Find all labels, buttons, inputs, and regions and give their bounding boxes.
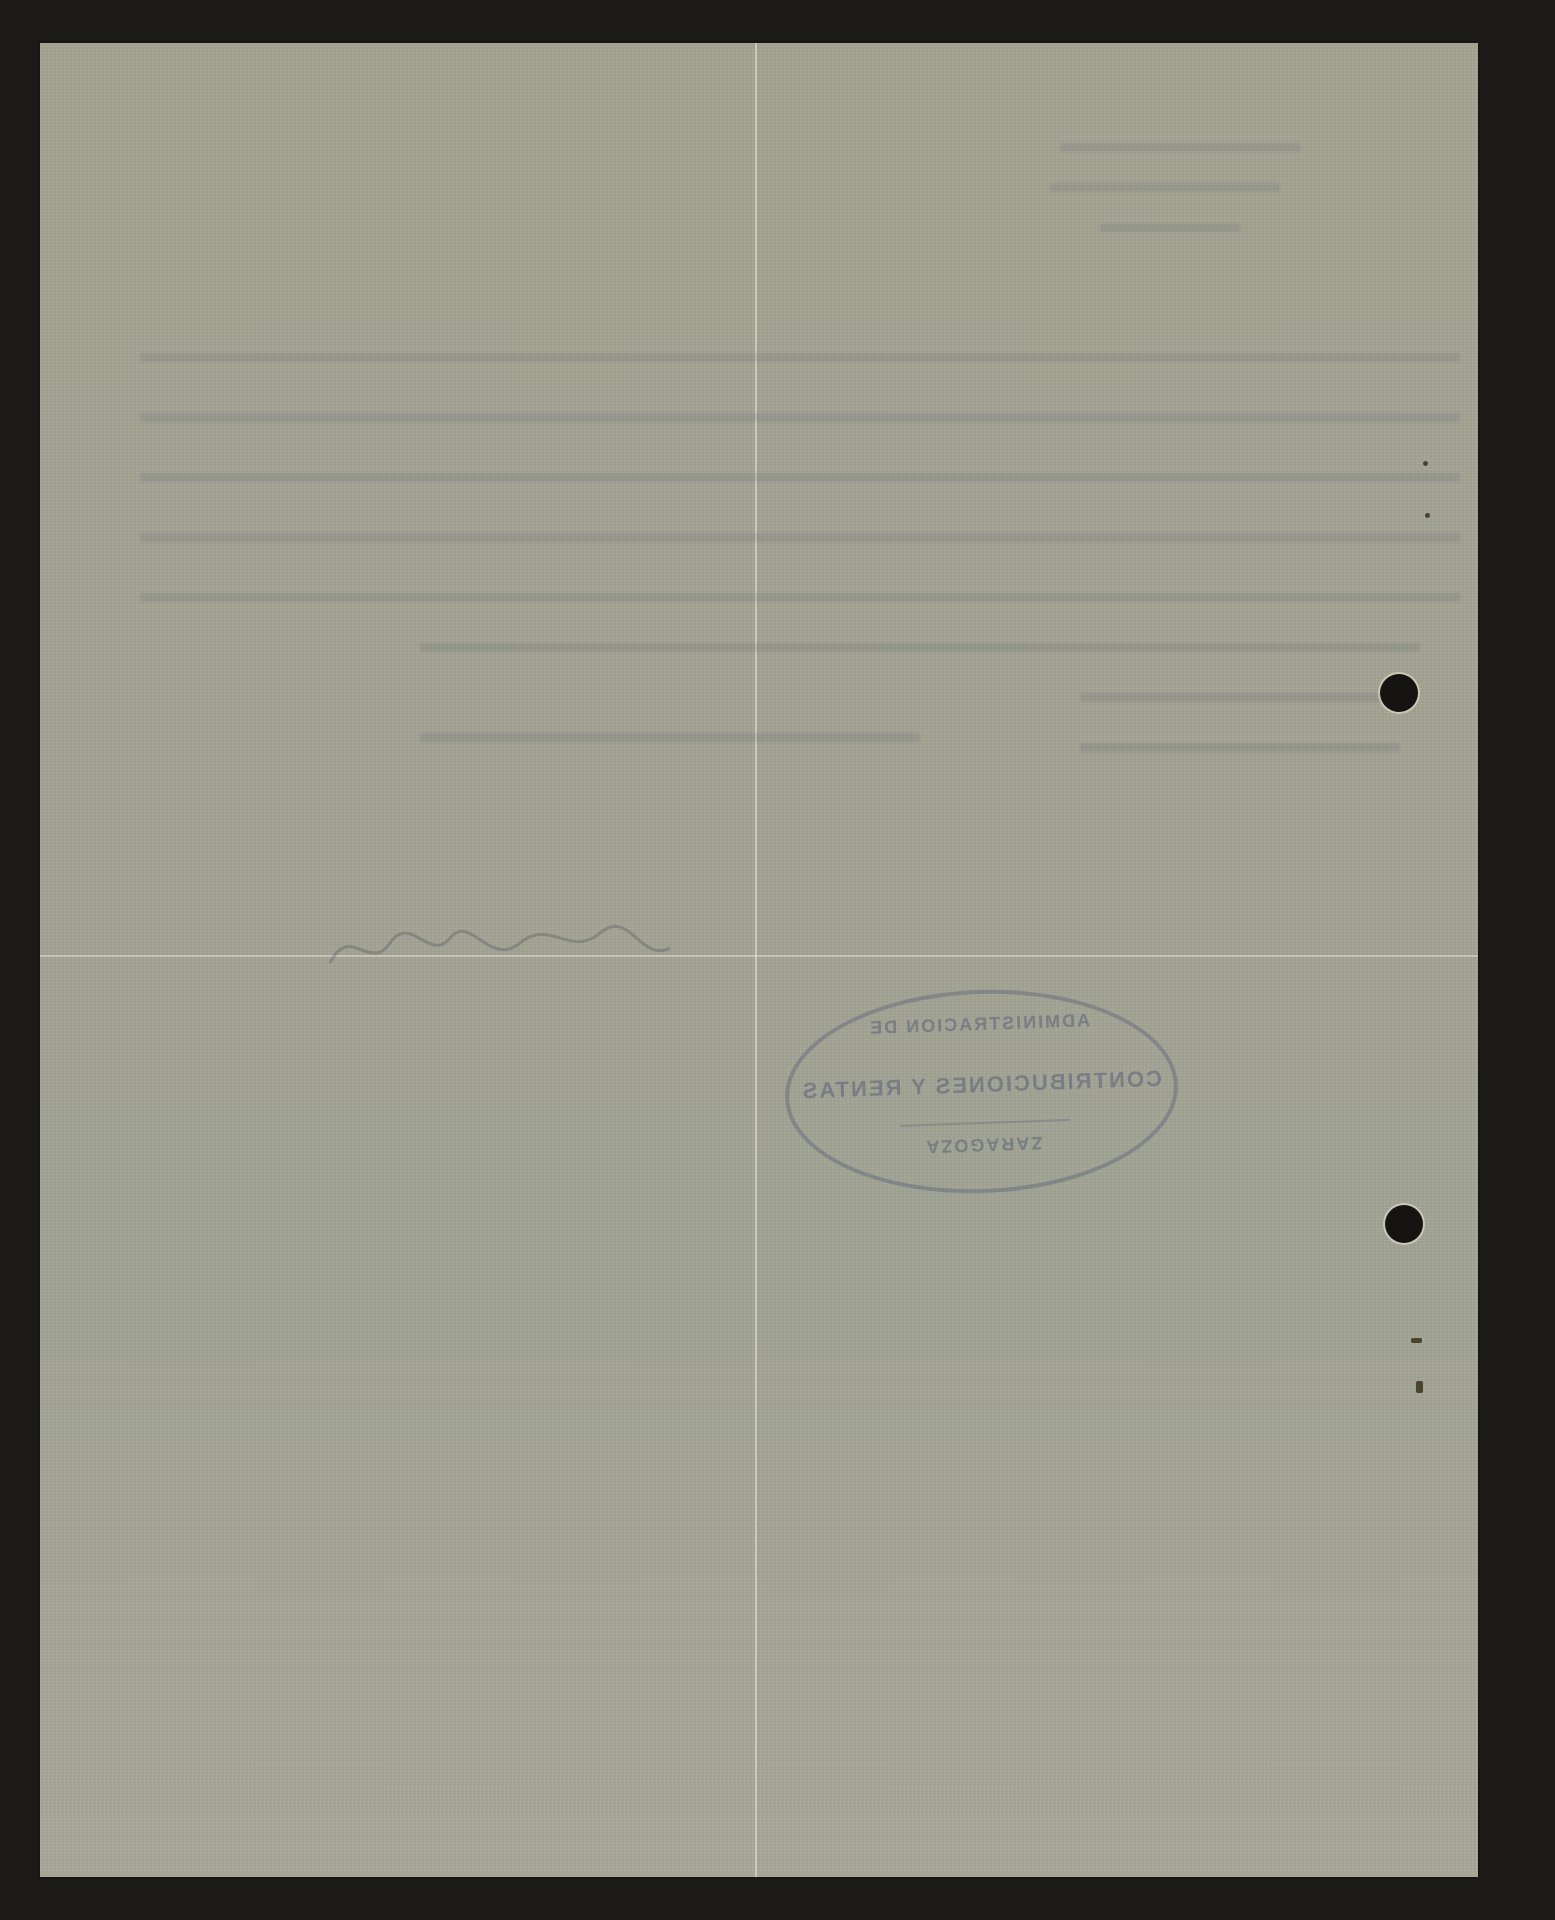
- bleed-through-line: [420, 733, 920, 742]
- document-page: ADMINISTRACION DE CONTRIBUCIONES Y RENTA…: [40, 43, 1478, 1877]
- stamp-line-3: ZARAGOZA: [791, 1127, 1176, 1161]
- oval-rubber-stamp: ADMINISTRACION DE CONTRIBUCIONES Y RENTA…: [782, 983, 1182, 1200]
- bleed-through-line: [1100, 223, 1240, 232]
- stamp-line-1: ADMINISTRACION DE: [786, 1007, 1171, 1041]
- ink-mark: [1411, 1338, 1422, 1343]
- signature: [320, 913, 680, 983]
- ink-mark: [1416, 1381, 1423, 1393]
- bleed-through-line: [1080, 743, 1400, 752]
- ink-mark: [1425, 513, 1430, 518]
- horizontal-fold-line: [40, 955, 1478, 957]
- bleed-through-line: [1060, 143, 1300, 152]
- ink-mark: [1423, 461, 1428, 466]
- bleed-through-line: [140, 593, 1460, 602]
- bleed-through-line: [420, 643, 1420, 652]
- stamp-line-2: CONTRIBUCIONES Y RENTAS: [788, 1065, 1174, 1104]
- punch-hole-lower: [1385, 1205, 1423, 1243]
- bleed-through-line: [140, 533, 1460, 542]
- punch-hole-upper: [1380, 674, 1418, 712]
- bleed-through-line: [1080, 693, 1400, 702]
- vertical-fold-line: [755, 43, 757, 1877]
- bleed-through-line: [1050, 183, 1280, 192]
- bleed-through-line: [140, 353, 1460, 362]
- bleed-through-line: [140, 473, 1460, 482]
- bleed-through-line: [140, 413, 1460, 422]
- stamp-divider: [900, 1119, 1070, 1127]
